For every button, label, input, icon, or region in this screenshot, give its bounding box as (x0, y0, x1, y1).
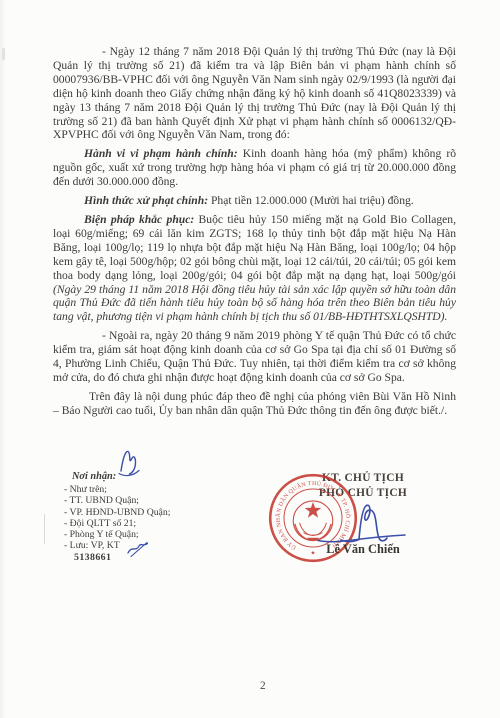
paraph-ink (126, 540, 152, 558)
signer-name: Lê Văn Chiến (298, 542, 428, 557)
recipient-item: - TT. UBND Quận; (64, 495, 170, 506)
remedy-lead-label: Biện pháp khắc phục: (84, 213, 194, 226)
paragraph-penalty: Hình thức xử phạt chính: Phạt tiền 12.00… (53, 194, 456, 208)
scan-smudge (2, 48, 5, 60)
recipient-item: - VP. HĐND-UBND Quận; (64, 507, 170, 518)
paragraph-violation: Hành vi vi phạm hành chính: Kinh doanh h… (53, 147, 456, 189)
recipient-item: - Lưu: VP, KT (64, 540, 170, 551)
page-number: 2 (260, 680, 266, 692)
penalty-lead-label: Hình thức xử phạt chính: (84, 194, 208, 207)
document-code: 5138661 (64, 552, 170, 563)
violation-lead-label: Hành vi vi phạm hành chính: (84, 147, 238, 160)
penalty-text: Phạt tiền 12.000.000 (Mười hai triệu) đồ… (208, 194, 414, 207)
paragraph-closing: Trên đây là nội dung phúc đáp theo đề ng… (53, 390, 456, 418)
recipient-item: - Như trên; (64, 484, 170, 495)
recipients-title: Nơi nhận: (64, 471, 170, 482)
signature-ink (313, 497, 409, 547)
scan-fold-mark (44, 514, 45, 544)
recipients-block: Nơi nhận: - Như trên; - TT. UBND Quận; -… (64, 471, 170, 564)
paragraph-inspection-history: - Ngày 12 tháng 7 năm 2018 Đội Quản lý t… (53, 45, 456, 142)
document-body: - Ngày 12 tháng 7 năm 2018 Đội Quản lý t… (53, 45, 456, 423)
remedy-note-italic: (Ngày 29 tháng 11 năm 2018 Hội đồng tiêu… (53, 283, 456, 324)
document-page: - Ngày 12 tháng 7 năm 2018 Đội Quản lý t… (0, 0, 500, 718)
paragraph-remedy: Biện pháp khắc phục: Buộc tiêu hủy 150 m… (53, 213, 456, 324)
recipient-item: - Đội QLTT số 21; (64, 518, 170, 529)
recipient-item: - Phòng Y tế Quận; (64, 529, 170, 540)
paragraph-gospa-check: - Ngoài ra, ngày 20 tháng 9 năm 2019 phò… (53, 329, 456, 385)
